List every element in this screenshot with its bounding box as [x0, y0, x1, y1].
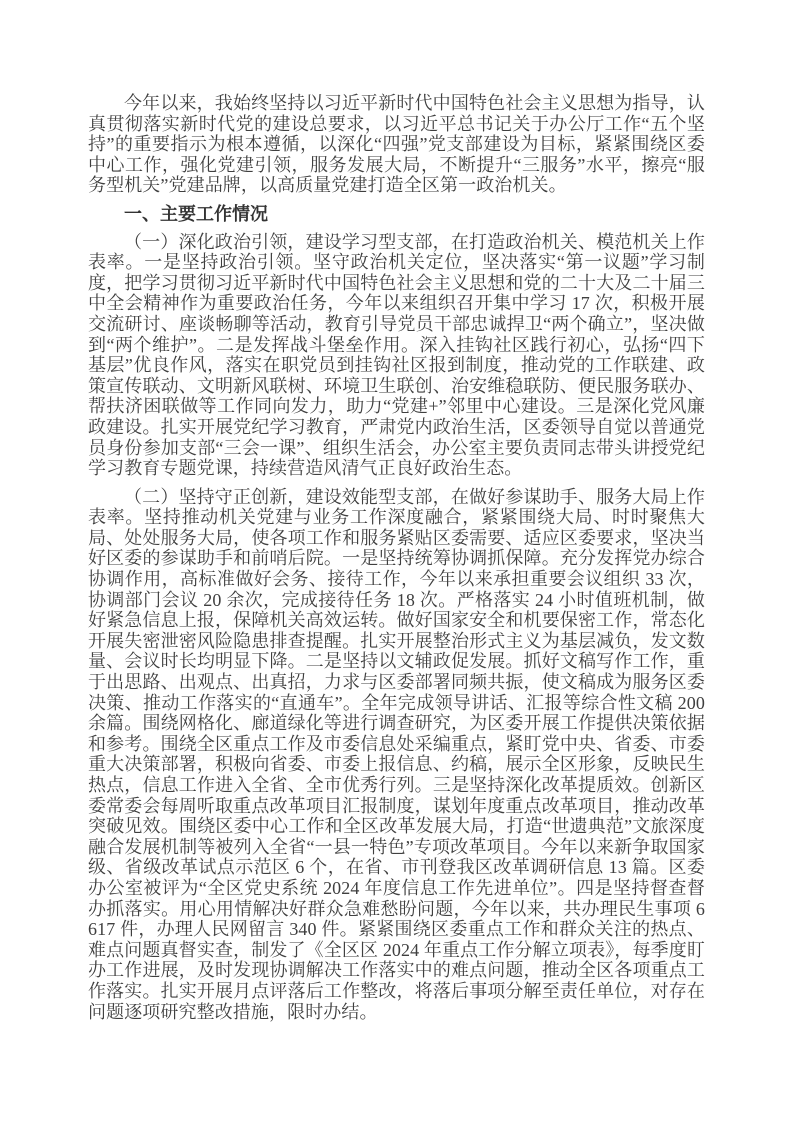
section-heading: 一、主要工作情况: [88, 204, 705, 225]
section-paragraph-2: （二）坚持守正创新，建设效能型支部，在做好参谋助手、服务大局上作表率。坚持推动机…: [88, 487, 705, 1022]
section-paragraph-1: （一）深化政治引领，建设学习型支部，在打造政治机关、模范机关上作表率。一是坚持政…: [88, 232, 705, 479]
intro-paragraph: 今年以来，我始终坚持以习近平新时代中国特色社会主义思想为指导，认真贯彻落实新时代…: [88, 93, 705, 196]
document-page: 今年以来，我始终坚持以习近平新时代中国特色社会主义思想为指导，认真贯彻落实新时代…: [0, 0, 793, 1122]
